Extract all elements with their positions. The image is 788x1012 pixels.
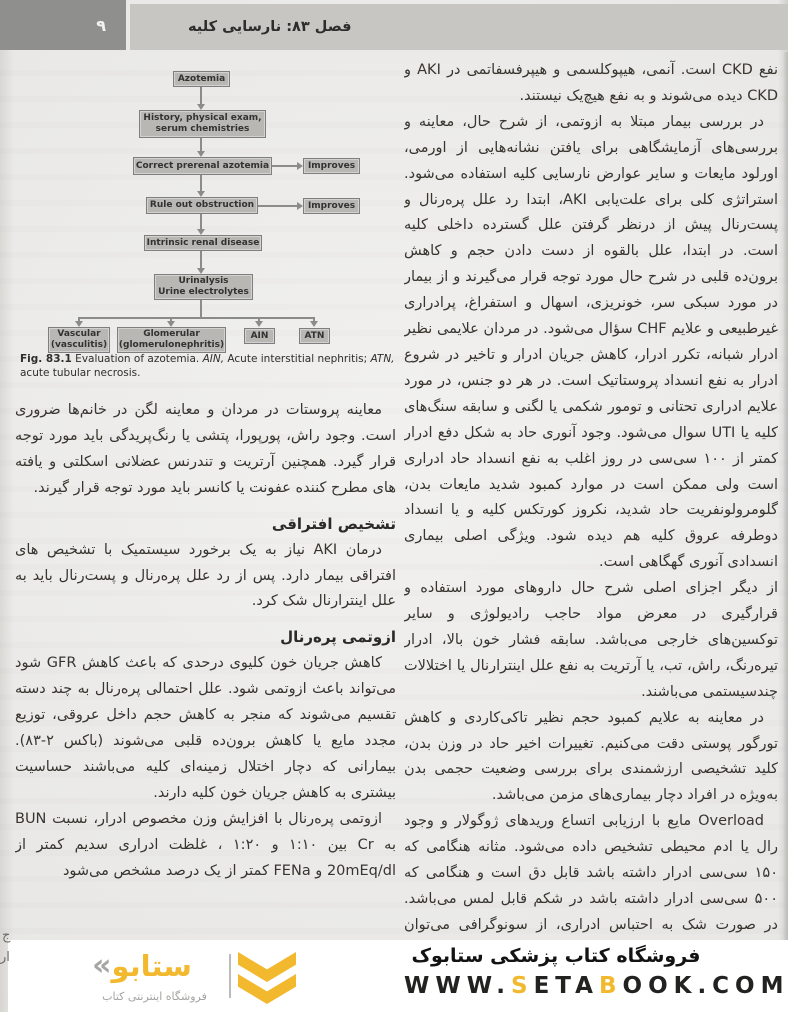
flow-node-urinalysis: Urinalysis Urine electrolytes bbox=[154, 274, 253, 300]
flow-node-improves-1-label: Improves bbox=[308, 161, 355, 172]
setabook-chevron-logo-icon bbox=[238, 952, 296, 1004]
flow-node-glomerular: Glomerular (glomerulonephritis) bbox=[117, 327, 226, 353]
figure-caption-t3: acute tubular necrosis. bbox=[20, 367, 140, 379]
flow-node-intrinsic-renal-disease: Intrinsic renal disease bbox=[144, 235, 262, 251]
website-accent-b: B bbox=[599, 973, 623, 999]
wordmark-text: ستابو bbox=[112, 946, 192, 986]
flow-node-atn-label: ATN bbox=[305, 331, 325, 342]
website-part: OOK.COM bbox=[623, 973, 788, 999]
footer-banner: فروشگاه کتاب پزشکی ستابوک WWW.SETABOOK.C… bbox=[8, 940, 788, 1012]
website-part: ETA bbox=[534, 973, 599, 999]
website-accent-s: S bbox=[511, 973, 534, 999]
section-heading-prerenal-azotemia: ازوتمی پره‌رنال bbox=[15, 628, 396, 646]
page-edge-shadow bbox=[783, 52, 788, 940]
figure-caption-label: Fig. 83.1 bbox=[20, 353, 72, 365]
flow-node-atn: ATN bbox=[299, 328, 330, 344]
page-number: ۹ bbox=[96, 16, 106, 35]
figure-caption: Fig. 83.1 Evaluation of azotemia. AIN, A… bbox=[20, 352, 398, 380]
arrow-down-1 bbox=[200, 87, 202, 104]
flow-node-history: History, physical exam, serum chemistrie… bbox=[139, 110, 266, 138]
flow-node-correct-prerenal-label: Correct prerenal azotemia bbox=[136, 161, 269, 172]
flow-node-urinalysis-line2: Urine electrolytes bbox=[158, 287, 249, 298]
flow-node-urinalysis-line1: Urinalysis bbox=[178, 276, 228, 287]
flow-node-ain-label: AIN bbox=[251, 331, 269, 342]
branch-stub bbox=[200, 300, 202, 317]
right-text-column: نفع CKD است. آنمی، هیپوکلسمی و هیپرفسفات… bbox=[404, 58, 778, 942]
figure-caption-ain: AIN, bbox=[203, 353, 224, 365]
arrow-child-3 bbox=[258, 317, 260, 321]
website-url: WWW.SETABOOK.COM bbox=[404, 973, 784, 999]
paragraph: در بررسی بیمار مبتلا به ازوتمی، از شرح ح… bbox=[404, 110, 778, 576]
setabook-wordmark: « ستابو bbox=[62, 944, 222, 988]
arrow-down-5 bbox=[200, 251, 202, 268]
edge-text-fragment-1: ج bbox=[2, 928, 10, 943]
flow-node-improves-1: Improves bbox=[303, 158, 360, 174]
scanned-book-page: { "header": { "page_number": "۹", "chapt… bbox=[0, 0, 788, 1012]
arrow-down-2 bbox=[200, 138, 202, 151]
paragraph: نفع CKD است. آنمی، هیپوکلسمی و هیپرفسفات… bbox=[404, 58, 778, 110]
flow-node-rule-out-obstruction: Rule out obstruction bbox=[146, 197, 258, 214]
flow-node-azotemia: Azotemia bbox=[173, 71, 230, 87]
flow-node-vascular-line1: Vascular bbox=[57, 329, 100, 340]
flow-node-correct-prerenal: Correct prerenal azotemia bbox=[133, 157, 272, 175]
chevron-top bbox=[238, 952, 296, 982]
wordmark-kaf-glyph: « bbox=[92, 946, 111, 986]
flow-node-improves-2: Improves bbox=[303, 198, 360, 214]
flow-node-azotemia-label: Azotemia bbox=[178, 74, 225, 85]
flow-node-rule-out-label: Rule out obstruction bbox=[150, 200, 254, 211]
flow-node-history-line1: History, physical exam, bbox=[143, 113, 261, 124]
figure-caption-t1: Evaluation of azotemia. bbox=[72, 353, 203, 365]
paragraph: ازوتمی پره‌رنال با افزایش وزن مخصوص ادرا… bbox=[15, 807, 396, 885]
flow-node-intrinsic-label: Intrinsic renal disease bbox=[147, 238, 260, 249]
arrow-down-3 bbox=[200, 175, 202, 191]
figure-caption-t2: Acute interstitial nephritis; bbox=[224, 353, 370, 365]
arrow-child-2 bbox=[170, 317, 172, 321]
page-number-box: ۹ bbox=[0, 0, 126, 50]
flow-node-vascular: Vascular (vasculitis) bbox=[48, 327, 110, 353]
arrow-right-1 bbox=[272, 165, 297, 167]
figure-caption-atn: ATN, bbox=[371, 353, 395, 365]
flow-node-improves-2-label: Improves bbox=[308, 201, 355, 212]
flow-node-vascular-line2: (vasculitis) bbox=[51, 340, 107, 351]
left-text-column: معاینه پروستات در مردان و معاینه لگن در … bbox=[15, 398, 396, 958]
paragraph: کاهش جریان خون کلیوی درحدی که باعث کاهش … bbox=[15, 651, 396, 806]
flow-node-ain: AIN bbox=[244, 328, 275, 344]
arrow-right-2 bbox=[258, 205, 297, 207]
logo-subtitle: فروشگاه اینترنتی کتاب bbox=[87, 990, 222, 1003]
paragraph: از دیگر اجزای اصلی شرح حال داروهای مورد … bbox=[404, 576, 778, 706]
store-title: فروشگاه کتاب پزشکی ستابوک bbox=[406, 945, 706, 967]
figure-83-1-flowchart: Azotemia History, physical exam, serum c… bbox=[14, 60, 398, 390]
arrow-child-4 bbox=[313, 317, 315, 321]
paragraph: Overload مایع با ارزیابی اتساع وریدهای ژ… bbox=[404, 809, 778, 942]
branch-line bbox=[78, 317, 315, 319]
chapter-header-bar: فصل ۸۳: نارسایی کلیه bbox=[130, 4, 788, 50]
logo-divider bbox=[229, 954, 231, 998]
section-heading-differential-diagnosis: تشخیص افتراقی bbox=[15, 515, 396, 533]
website-part: WWW. bbox=[404, 973, 511, 999]
chapter-title: فصل ۸۳: نارسایی کلیه bbox=[188, 19, 352, 35]
paragraph: معاینه پروستات در مردان و معاینه لگن در … bbox=[15, 398, 396, 502]
paragraph: در معاینه به علایم کمبود حجم نظیر تاکی‌ک… bbox=[404, 706, 778, 810]
paragraph: درمان AKI نیاز به یک برخورد سیستمیک با ت… bbox=[15, 538, 396, 616]
arrow-child-1 bbox=[78, 317, 80, 321]
flow-node-glomerular-line2: (glomerulonephritis) bbox=[119, 340, 224, 351]
arrow-down-4 bbox=[200, 214, 202, 229]
edge-text-fragment-2: ار bbox=[0, 950, 10, 965]
flow-node-history-line2: serum chemistries bbox=[156, 124, 250, 135]
flow-node-glomerular-line1: Glomerular bbox=[143, 329, 200, 340]
